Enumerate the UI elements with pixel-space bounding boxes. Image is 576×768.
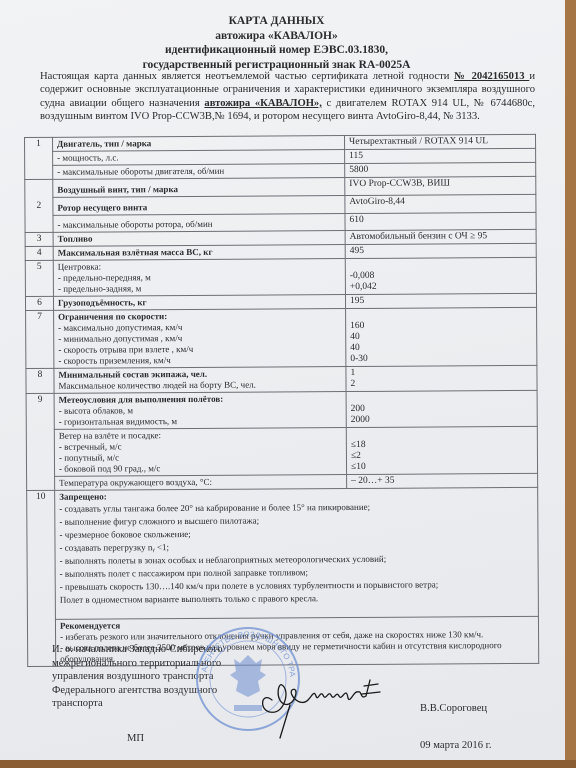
cg-rear-value: +0,042 xyxy=(350,281,532,293)
document-header: КАРТА ДАННЫХ автожира «КАВАЛОН» идентифи… xyxy=(0,14,553,72)
signature-icon xyxy=(250,660,400,740)
speed-landing-label: - скорость приземления, км/ч xyxy=(58,354,341,367)
speed-landing-value: 0-30 xyxy=(350,353,532,365)
row-number: 1 xyxy=(25,137,53,179)
crosswind-value: ≤10 xyxy=(351,461,533,473)
prohibited-section: Запрещено: - создавать углы тангажа боле… xyxy=(55,487,539,619)
row-number: 8 xyxy=(26,368,54,393)
table-row: 7 Ограничения по скорости: - максимально… xyxy=(26,307,537,368)
propeller-label: Воздушный винт, тип / марка xyxy=(53,178,345,198)
power-value: 115 xyxy=(345,148,536,163)
max-takeoff-mass-value: 495 xyxy=(345,243,536,258)
row-number: 9 xyxy=(26,393,55,490)
max-people-label: Максимальное количество людей на борту В… xyxy=(58,379,341,392)
document-page: КАРТА ДАННЫХ автожира «КАВАЛОН» идентифи… xyxy=(0,0,565,760)
engine-value: Четырехтактный / ROTAX 914 UL xyxy=(344,134,535,149)
payload-value: 195 xyxy=(345,293,536,308)
visibility-label: - горизонтальная видимость, м xyxy=(59,415,342,428)
temperature-value: – 20…+ 35 xyxy=(347,473,538,488)
rotor-label: Ротор несущего винта xyxy=(53,196,345,216)
row-number: 10 xyxy=(27,490,56,666)
aircraft-name: автожира «КАВАЛОН» xyxy=(0,29,553,44)
certificate-number: № 2042165013 xyxy=(454,71,529,82)
table-row: 9 Метеоусловия для выполнения полётов: -… xyxy=(26,390,537,429)
rotor-rpm-value: 610 xyxy=(345,212,536,230)
max-people-value: 2 xyxy=(350,378,532,390)
propeller-value: IVO Prop-CCW3B, ВИШ xyxy=(345,176,536,195)
rotor-value: AvtoGiro-8,44 xyxy=(345,194,536,213)
row-number: 4 xyxy=(25,246,53,260)
row-number: 5 xyxy=(25,260,53,296)
identification-number: идентификационный номер ЕЭВС.03.1830, xyxy=(0,43,553,58)
engine-rpm-value: 5800 xyxy=(345,162,536,177)
table-surface xyxy=(0,760,576,768)
table-row: 5 Центровка: - предельно-передняя, м - п… xyxy=(25,257,536,296)
table-row: 8 Минимальный состав экипажа, чел. Макси… xyxy=(26,365,537,393)
crosswind-label: - боковой под 90 град., м/с xyxy=(59,462,342,475)
row-number: 6 xyxy=(25,296,53,310)
row-number: 2 xyxy=(25,179,53,232)
document-date: 09 марта 2016 г. xyxy=(420,740,491,751)
visibility-value: 2000 xyxy=(351,414,533,426)
cg-rear-label: - предельно-задняя, м xyxy=(58,282,341,295)
stamp-place-label: МП xyxy=(127,733,144,744)
intro-paragraph: Настоящая карта данных является неотъемл… xyxy=(40,70,535,123)
data-table: 1 Двигатель, тип / марка Четырехтактный … xyxy=(24,134,539,667)
rotor-rpm-label: - максимальные обороты ротора, об/мин xyxy=(53,214,345,233)
table-row: Ветер на взлёте и посадке: - встречный, … xyxy=(26,426,537,476)
row-number: 7 xyxy=(26,310,54,368)
fuel-value: Автомобильный бензин с ОЧ ≥ 95 xyxy=(345,229,536,244)
prohibited-item: Полет в одноместном варианте выполнять т… xyxy=(60,591,534,607)
aircraft-type: автожира «КАВАЛОН», xyxy=(204,98,322,109)
signer-name: В.В.Сороговец xyxy=(420,703,487,714)
row-number: 3 xyxy=(25,232,53,246)
table-row: 10 Запрещено: - создавать углы тангажа б… xyxy=(27,487,539,619)
document-title: КАРТА ДАННЫХ xyxy=(0,14,553,29)
